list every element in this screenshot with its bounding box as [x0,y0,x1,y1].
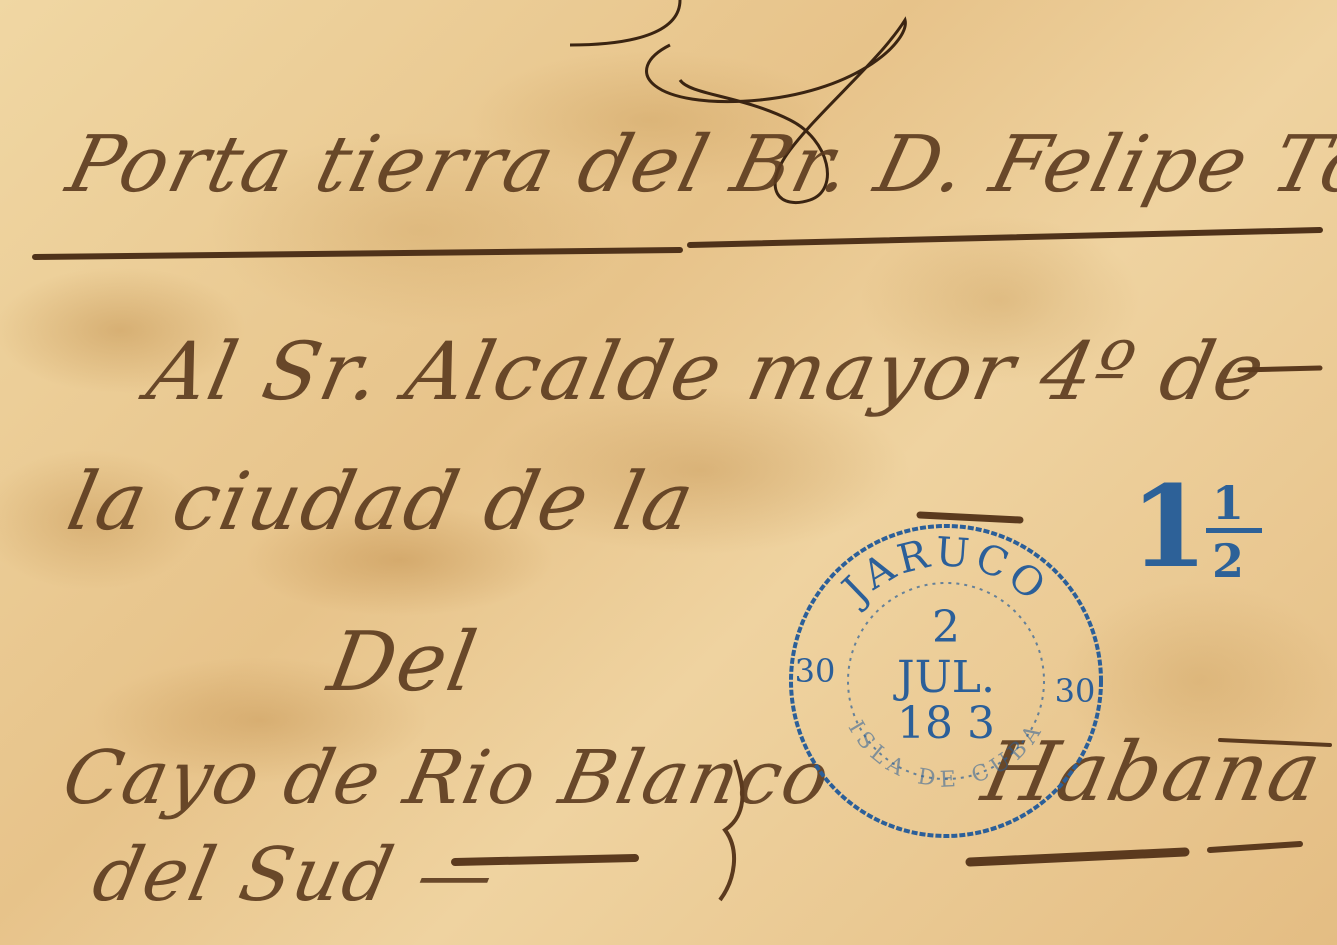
rate-denominator: 2 [1212,538,1244,584]
sender-line-2: Cayo de Rio Blanco [56,735,839,821]
postmark-left-number: 30 [795,652,836,690]
jaruco-postmark: JARUCO ISLA DE CUBA 2 JUL. 18 3 30 30 [785,520,1107,842]
letter-cover: Porta tierra del Br. D. Felipe Toman Al … [0,0,1337,945]
postmark-day: 2 [932,602,960,653]
rate-whole: 1 [1130,472,1208,584]
postmark-month: JUL. [893,652,995,703]
postmark-year: 18 3 [897,698,995,749]
addressee-line-3: la ciudad de la [60,455,703,548]
addressee-line-2: Al Sr. Alcalde mayor 4º de [140,325,1274,418]
sender-line-3: del Sud — [86,832,504,918]
postmark-right-number: 30 [1055,672,1096,710]
rate-handstamp: 1 1 2 [1120,480,1270,610]
rate-numerator: 1 [1212,480,1244,526]
sender-line-1: Del [322,615,485,710]
addressee-line-1: Porta tierra del Br. D. Felipe Toman [59,120,1337,210]
rate-fraction-bar [1206,528,1262,533]
